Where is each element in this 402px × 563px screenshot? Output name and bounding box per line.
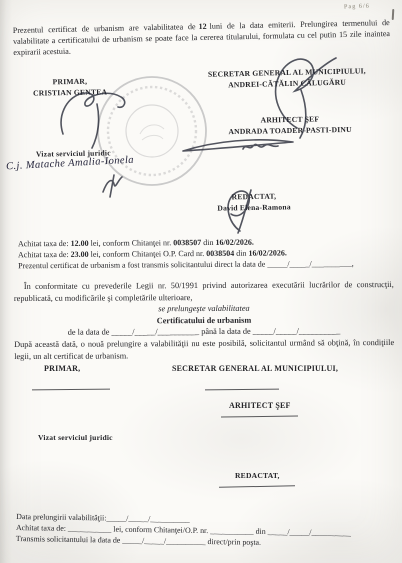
payment2-din: din [236,249,246,258]
legal-basis-text: În conformitate cu prevederile Legii nr.… [14,279,394,304]
transmitted-text: Prezentul certificat de urbanism a fost … [18,259,265,270]
primar2-signature-line [32,389,110,391]
footer-tax-amount-blank: ___________ [68,524,112,534]
scan-artifact-mark [392,9,395,20]
payment1-amount: 12.00 [71,239,89,248]
footer-sent-date-blank: _____/_____/__________ [122,536,205,546]
footer-tax-mid: lei, conform Chitanţei/O.P. nr. [113,525,208,535]
payment1-label: Achitat taxa de: [18,239,69,248]
vizat2-label: Vizat serviciul juridic [38,433,113,444]
arhitect-name: ANDRADA TOADER-PASTI-DINU [200,124,380,138]
page-number-marker: Pag 6/6 [344,3,370,11]
footer-receipt-blank: ___________ [210,526,254,536]
from-date-label: de la data de [68,328,110,337]
footer-sent-label: Transmis solicitantului la data de [16,534,121,545]
prolong-date-label: Data prelungirii valabilităţii: [16,512,106,522]
footer-tax-label: Achitat taxa de: [16,523,66,533]
primar2-title: PRIMAR, [44,364,80,375]
payment2-conform: lei, conform Chitanţei O.P. Card nr. [91,249,205,259]
redactat2-signature-line [219,485,295,488]
to-date-label: până la data de [201,327,251,336]
secretar2-signature-line [205,389,279,391]
payment1-conform: lei, conform Chitanţei nr. [91,238,172,248]
from-date-blank: _____/_____/__________ [111,327,199,336]
redactat2-title: REDACTAT, [235,471,280,482]
secretar-signatory-block: SECRETAR GENERAL AL MUNICIPIULUI, ANDREI… [188,66,386,91]
validity-months-value: 12 [198,22,206,31]
payment1-receipt-number: 0038507 [173,238,201,247]
transmitted-date-blank: _____/_____/__________, [267,259,354,269]
payment2-label: Achitat taxa de: [18,250,69,259]
arhitect-signatory-block: ARHITECT ŞEF ANDRADA TOADER-PASTI-DINU [200,113,380,137]
extension-note: După această dată, o nouă prelungire a v… [14,337,394,362]
extension-section: În conformitate cu prevederile Legii nr.… [14,279,394,362]
to-date-blank: _____/_____/__________ [253,327,341,336]
arhitect2-title: ARHITECT ŞEF [229,401,291,412]
payment2-receipt-number: 0038504 [206,249,234,258]
prolong-date-blank: _____/_____/__________ [106,513,189,523]
validity-paragraph: Prezentul certificat de urbanism are val… [13,17,391,58]
payment2-amount: 23.00 [71,250,89,259]
footer-din: din [256,527,266,536]
redactat-signatory-block: REDACTAT, David Elena-Ramona [198,191,310,214]
urbanism-certificate-scan: Pag 6/6 Prezentul certificat de urbanism… [0,0,402,563]
transmitted-line: Prezentul certificat de urbanism a fost … [18,258,390,271]
secretar2-title: SECRETAR GENERAL AL MUNICIPIULUI, [172,364,338,375]
redactat-name: David Elena-Ramona [198,202,310,214]
footer-fill-in-section: Data prelungirii valabilităţii:_____/___… [16,511,392,550]
round-stamp-icon [95,74,209,188]
payment-section: Achitat taxa de: 12.00 lei, conform Chit… [18,237,390,272]
payment2-date: 16/02/2026. [248,248,287,257]
footer-sent-method: direct/prin poşta. [207,537,261,547]
footer-tax-date-blank: _____/_____/__________ [268,527,351,537]
payment1-din: din [203,238,213,247]
arhitect2-signature-line [221,415,298,417]
payment1-date: 16/02/2026. [215,238,254,247]
